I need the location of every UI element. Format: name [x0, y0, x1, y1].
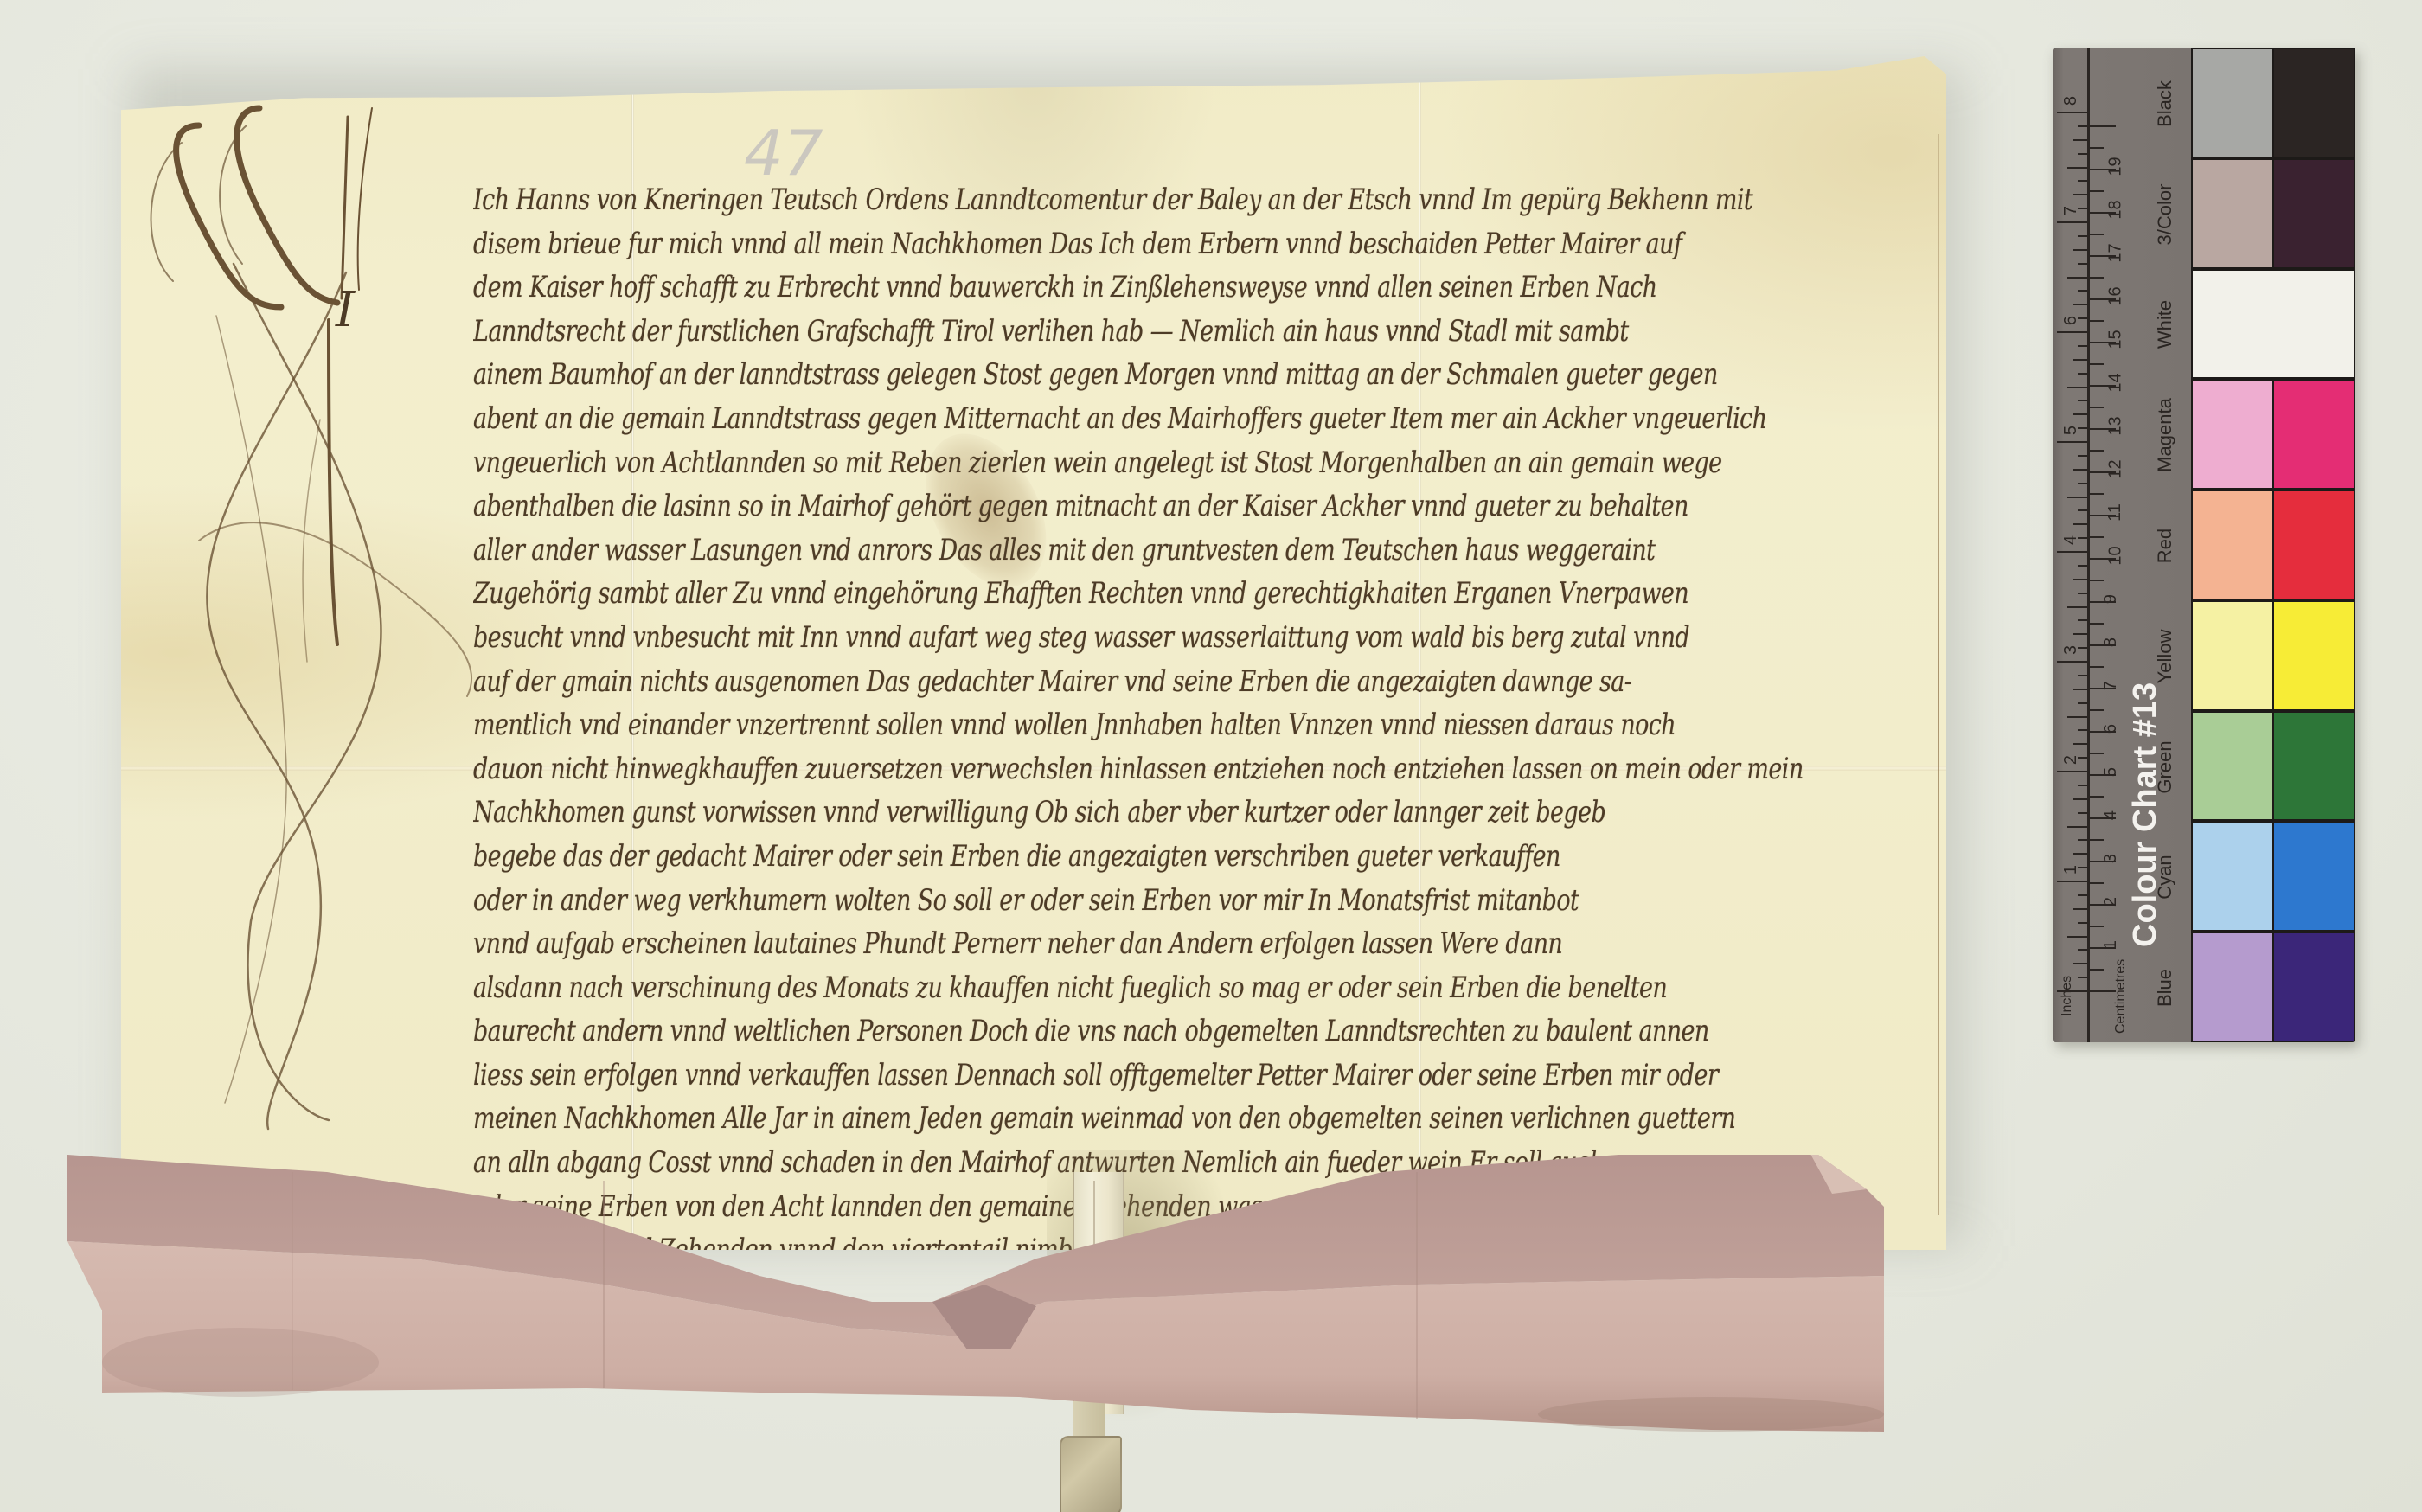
cm-tick-label: 18 [2106, 200, 2126, 219]
inch-tick [2078, 675, 2090, 676]
cm-tick [2090, 234, 2104, 235]
inch-tick [2073, 798, 2090, 800]
cm-tick-label: 1 [2101, 940, 2121, 950]
swatch-green-light [2191, 711, 2274, 822]
cm-tick [2090, 190, 2104, 192]
cm-tick-label: 19 [2106, 157, 2126, 176]
cm-tick [2090, 753, 2104, 754]
cm-tick-label: 2 [2101, 897, 2121, 907]
swatch-yellow-dark [2272, 600, 2355, 711]
inch-tick [2057, 551, 2090, 553]
cm-tick [2090, 882, 2104, 884]
inch-tick [2078, 125, 2090, 127]
inch-tick-label: 6 [2061, 316, 2081, 325]
inch-tick [2078, 922, 2090, 924]
inch-tick-label: 1 [2061, 865, 2081, 875]
swatch-magenta-light [2191, 379, 2274, 490]
swatch-blue-dark [2272, 932, 2355, 1042]
inch-tick [2057, 881, 2090, 882]
inch-tick [2078, 483, 2090, 484]
inch-tick-label: 4 [2061, 535, 2081, 545]
cm-tick [2090, 125, 2116, 127]
cm-tick-label: 15 [2106, 330, 2126, 349]
inch-tick [2057, 661, 2090, 663]
cm-tick-label: 12 [2106, 459, 2126, 478]
swatch-cyan-dark [2272, 821, 2355, 932]
inch-tick-label: 3 [2061, 645, 2081, 655]
inch-tick-label: 2 [2061, 755, 2081, 765]
inch-tick [2073, 413, 2090, 415]
cm-tick [2090, 407, 2104, 408]
swatch-label-green: Green [2154, 707, 2176, 828]
cm-tick [2090, 926, 2104, 927]
inch-tick [2078, 812, 2090, 814]
inch-tick [2078, 565, 2090, 567]
inch-tick [2073, 304, 2090, 305]
seal-strap-loop [1060, 1436, 1122, 1512]
cm-tick-label: 4 [2101, 810, 2121, 820]
swatch-label-yellow: Yellow [2154, 596, 2176, 717]
initial-letter: I [335, 282, 356, 338]
swatch-white [2191, 269, 2355, 380]
centimetres-unit-label: Centimetres [2113, 959, 2129, 1034]
cm-tick [2090, 796, 2104, 798]
inch-tick [2073, 194, 2090, 195]
cm-tick [2090, 147, 2104, 149]
inch-tick [2078, 729, 2090, 731]
inch-tick [2073, 469, 2090, 471]
inch-tick [2078, 455, 2090, 457]
inch-tick [2078, 180, 2090, 182]
cm-tick-label: 14 [2106, 373, 2126, 392]
cm-tick [2090, 709, 2104, 711]
inch-tick [2078, 619, 2090, 621]
inch-tick [2067, 277, 2090, 279]
swatch-magenta-dark [2272, 379, 2355, 490]
inch-tick [2067, 387, 2090, 388]
swatch-cyan-light [2191, 821, 2274, 932]
swatch-black-dark [2272, 48, 2355, 158]
inch-tick [2067, 606, 2090, 608]
cm-tick [2090, 969, 2104, 971]
cm-tick-label: 13 [2106, 416, 2126, 435]
cm-tick-label: 8 [2101, 637, 2121, 647]
inch-tick [2078, 702, 2090, 704]
swatch-label-blue: Blue [2154, 927, 2176, 1042]
cm-tick-label: 7 [2101, 681, 2121, 690]
inch-tick [2078, 977, 2090, 978]
inch-tick [2057, 441, 2090, 443]
inch-tick [2073, 359, 2090, 361]
inch-tick [2067, 826, 2090, 828]
inch-tick [2073, 249, 2090, 251]
swatch-red-dark [2272, 490, 2355, 600]
inch-tick [2078, 153, 2090, 155]
swatch-yellow-light [2191, 600, 2274, 711]
inch-tick [2057, 112, 2090, 113]
inch-tick [2078, 345, 2090, 347]
inch-tick [2073, 139, 2090, 141]
swatch-black-light [2191, 48, 2274, 158]
inch-tick [2073, 853, 2090, 855]
inch-tick [2073, 523, 2090, 525]
cm-tick-label: 6 [2101, 724, 2121, 734]
swatch-label-white: White [2154, 264, 2176, 385]
inches-unit-label: Inches [2060, 976, 2075, 1016]
cm-tick-label: 16 [2106, 286, 2126, 305]
inch-tick [2057, 331, 2090, 333]
inch-tick [2057, 771, 2090, 772]
swatch-green-dark [2272, 711, 2355, 822]
cm-tick [2090, 623, 2104, 625]
cm-tick [2090, 839, 2104, 841]
inch-tick [2073, 579, 2090, 580]
inch-tick [2078, 785, 2090, 786]
ruler-baseline [2087, 48, 2090, 1042]
inch-tick [2073, 633, 2090, 635]
cm-tick-label: 10 [2106, 546, 2126, 565]
swatch-label-red: Red [2154, 485, 2176, 606]
inch-tick [2067, 936, 2090, 938]
colour-chart-card: 12345678 12345678910111213141516171819 I… [2053, 48, 2355, 1042]
cm-tick [2090, 450, 2104, 452]
cm-tick-label: 11 [2105, 503, 2125, 522]
inch-tick [2073, 963, 2090, 964]
cm-tick [2090, 363, 2104, 365]
inch-tick [2073, 743, 2090, 745]
plica-folded-edge [67, 1155, 1914, 1440]
swatch-3-color-dark [2272, 158, 2355, 269]
inch-tick [2067, 716, 2090, 718]
swatch-label-3-color: 3/Color [2154, 154, 2176, 275]
inch-tick [2078, 839, 2090, 841]
cm-tick [2090, 580, 2104, 581]
cm-tick-label: 9 [2101, 594, 2121, 604]
cm-tick [2090, 536, 2104, 538]
inch-tick [2078, 949, 2090, 951]
inch-tick [2057, 221, 2090, 223]
cm-tick-label: 3 [2101, 854, 2121, 863]
inch-tick [2078, 593, 2090, 594]
cm-tick [2090, 990, 2116, 992]
cm-tick-label: 17 [2106, 243, 2126, 262]
swatch-label-black: Black [2154, 48, 2176, 164]
inch-tick [2078, 263, 2090, 265]
ruled-margin-line [1938, 134, 1939, 1215]
inch-tick [2078, 509, 2090, 511]
inch-tick-label: 8 [2061, 96, 2081, 106]
inch-tick [2078, 894, 2090, 896]
inch-tick-label: 5 [2061, 426, 2081, 435]
cm-tick [2090, 320, 2104, 322]
swatch-label-magenta: Magenta [2154, 375, 2176, 496]
cm-tick [2090, 277, 2104, 279]
charter-text-body: Ich Hanns von Kneringen Teutsch Ordens L… [473, 179, 1926, 1250]
decorative-initial-flourish: I [121, 56, 484, 1250]
inch-tick [2073, 908, 2090, 910]
cm-tick [2090, 666, 2104, 668]
inch-tick [2073, 689, 2090, 690]
inch-tick [2067, 497, 2090, 498]
swatch-label-cyan: Cyan [2154, 817, 2176, 938]
inch-tick [2078, 290, 2090, 292]
swatch-blue-light [2191, 932, 2274, 1042]
parchment-charter: 47 I Ich Hanns von Kneringen Teutsch Ord… [121, 56, 1946, 1250]
inch-tick [2078, 400, 2090, 401]
cm-tick-label: 5 [2101, 767, 2121, 777]
swatch-red-light [2191, 490, 2274, 600]
inch-tick [2078, 235, 2090, 237]
inch-tick-label: 7 [2061, 206, 2081, 215]
cm-tick [2090, 493, 2104, 495]
swatch-3-color-light [2191, 158, 2274, 269]
inch-tick [2067, 167, 2090, 169]
inch-tick [2078, 373, 2090, 375]
